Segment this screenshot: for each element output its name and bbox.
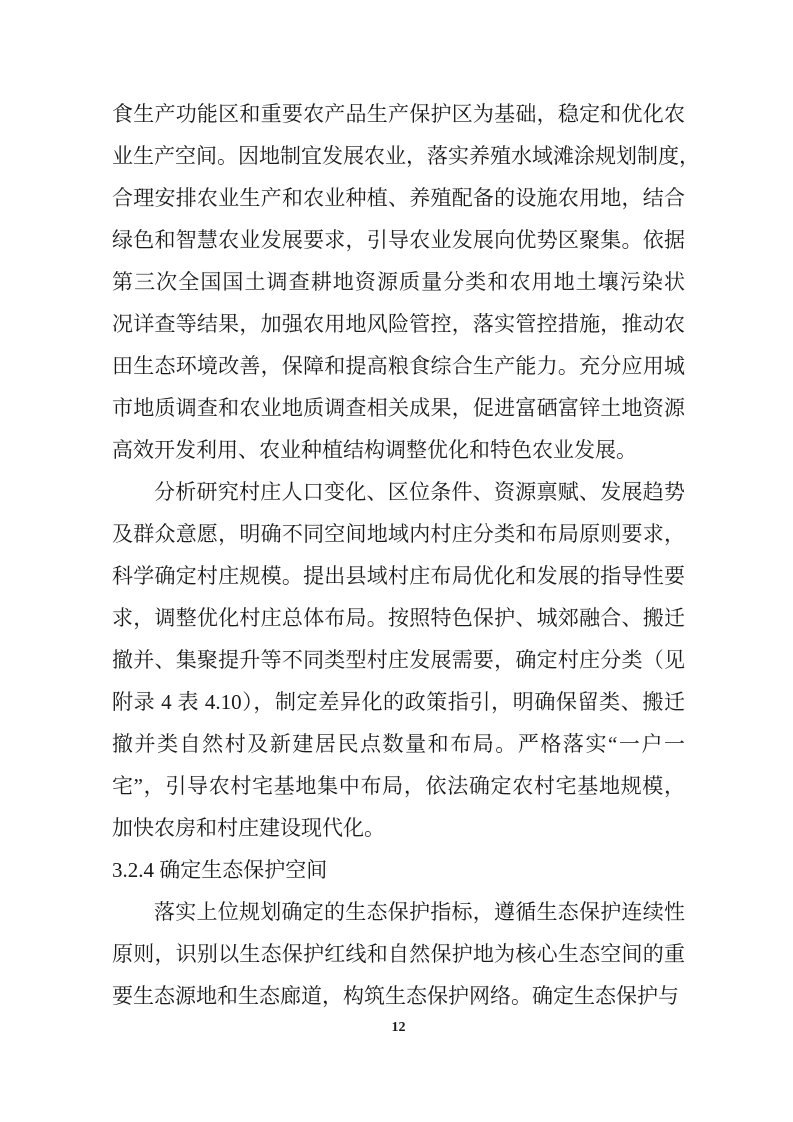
document-page: 食生产功能区和重要农产品生产保护区为基础，稳定和优化农业生产空间。因地制宜发展农… [0, 0, 793, 1122]
text-line: 绿色和智慧农业发展要求，引导农业发展向优势区聚集。依据 [112, 219, 685, 261]
page-footer: 12 [112, 1018, 685, 1038]
text-line: 市地质调查和农业地质调查相关成果，促进富硒富锌土地资源 [112, 387, 685, 429]
paragraph: 落实上位规划确定的生态保护指标，遵循生态保护连续性原则，识别以生态保护红线和自然… [112, 891, 685, 1017]
text-line: 求，调整优化村庄总体布局。按照特色保护、城郊融合、搬迁 [112, 597, 685, 639]
paragraph: 食生产功能区和重要农产品生产保护区为基础，稳定和优化农业生产空间。因地制宜发展农… [112, 93, 685, 471]
text-line: 加快农房和村庄建设现代化。 [112, 807, 685, 849]
text-line: 田生态环境改善，保障和提高粮食综合生产能力。充分应用城 [112, 345, 685, 387]
text-line: 附录 4 表 4.10），制定差异化的政策指引，明确保留类、搬迁 [112, 681, 685, 723]
text-line: 原则，识别以生态保护红线和自然保护地为核心生态空间的重 [112, 933, 685, 975]
text-line: 第三次全国国土调查耕地资源质量分类和农用地土壤污染状 [112, 261, 685, 303]
text-line: 分析研究村庄人口变化、区位条件、资源禀赋、发展趋势 [112, 471, 685, 513]
text-line: 撤并、集聚提升等不同类型村庄发展需要，确定村庄分类（见 [112, 639, 685, 681]
text-line: 要生态源地和生态廊道，构筑生态保护网络。确定生态保护与 [112, 975, 685, 1017]
text-line: 落实上位规划确定的生态保护指标，遵循生态保护连续性 [112, 891, 685, 933]
text-line: 况详查等结果，加强农用地风险管控，落实管控措施，推动农 [112, 303, 685, 345]
text-line: 业生产空间。因地制宜发展农业，落实养殖水域滩涂规划制度， [112, 135, 685, 177]
text-line: 撤并类自然村及新建居民点数量和布局。严格落实“一户一 [112, 723, 685, 765]
text-line: 科学确定村庄规模。提出县域村庄布局优化和发展的指导性要 [112, 555, 685, 597]
text-line: 食生产功能区和重要农产品生产保护区为基础，稳定和优化农 [112, 93, 685, 135]
text-line: 及群众意愿，明确不同空间地域内村庄分类和布局原则要求， [112, 513, 685, 555]
section-heading: 3.2.4 确定生态保护空间 [112, 849, 685, 891]
page-number: 12 [392, 1020, 406, 1035]
document-body: 食生产功能区和重要农产品生产保护区为基础，稳定和优化农业生产空间。因地制宜发展农… [112, 93, 685, 1017]
text-line: 高效开发利用、农业种植结构调整优化和特色农业发展。 [112, 429, 685, 471]
text-line: 合理安排农业生产和农业种植、养殖配备的设施农用地，结合 [112, 177, 685, 219]
text-line: 宅”，引导农村宅基地集中布局，依法确定农村宅基地规模， [112, 765, 685, 807]
paragraph: 分析研究村庄人口变化、区位条件、资源禀赋、发展趋势及群众意愿，明确不同空间地域内… [112, 471, 685, 849]
